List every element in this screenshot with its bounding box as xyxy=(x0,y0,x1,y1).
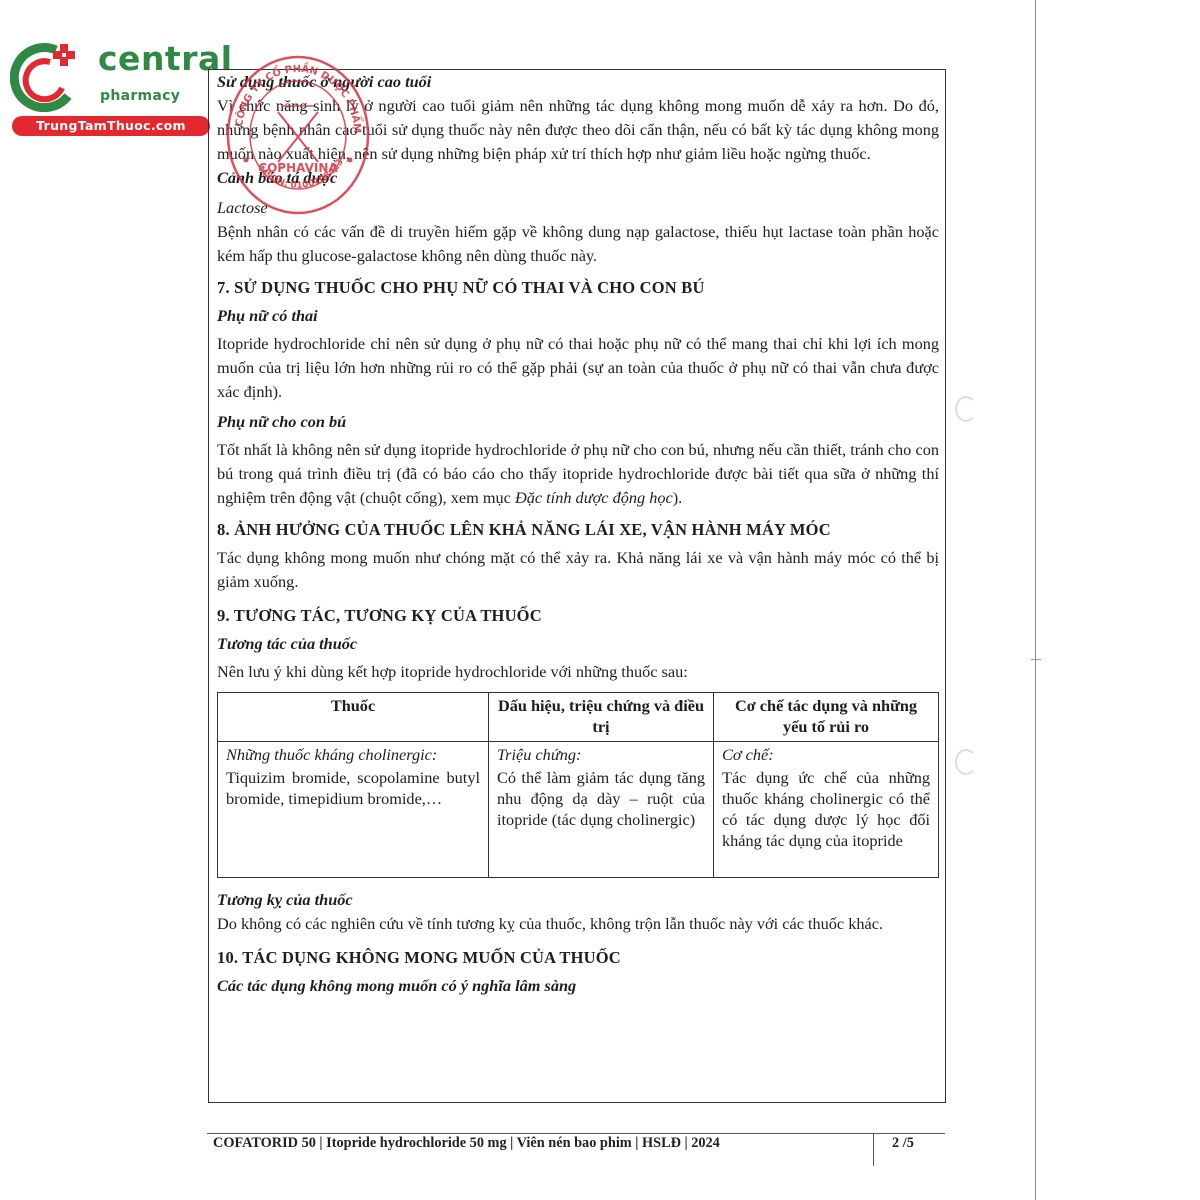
drug-cell-text: Tiquizim bromide, scopolamine butyl brom… xyxy=(226,768,480,808)
section-9-heading: 9. TƯƠNG TÁC, TƯƠNG KỴ CỦA THUỐC xyxy=(217,604,939,628)
lactation-text-end: ). xyxy=(673,488,683,507)
pregnant-title: Phụ nữ có thai xyxy=(217,304,939,328)
symptom-cell-text: Có thể làm giảm tác dụng tăng nhu động d… xyxy=(497,768,705,829)
interaction-title: Tương tác của thuốc xyxy=(217,632,939,656)
section-7-heading: 7. SỬ DỤNG THUỐC CHO PHỤ NỮ CÓ THAI VÀ C… xyxy=(217,276,939,300)
section-10-heading: 10. TÁC DỤNG KHÔNG MONG MUỐN CỦA THUỐC xyxy=(217,946,939,970)
elderly-use-title: Sử dụng thuốc ở người cao tuổi xyxy=(217,70,939,94)
punch-hole-icon xyxy=(955,396,977,422)
section-8-heading: 8. ẢNH HƯỞNG CỦA THUỐC LÊN KHẢ NĂNG LÁI … xyxy=(217,518,939,542)
excipient-warning-title: Cảnh báo tá dược xyxy=(217,166,939,190)
incompatibility-title: Tương kỵ của thuốc xyxy=(217,888,939,912)
pharmacokinetics-reference: Đặc tính dược động học xyxy=(515,488,673,507)
table-header-mechanism: Cơ chế tác dụng và những yếu tố rủi ro xyxy=(714,693,939,742)
drug-cell: Những thuốc kháng cholinergic: Tiquizim … xyxy=(218,742,489,878)
page-edge-line xyxy=(1035,0,1036,1200)
mechanism-cell-title: Cơ chế: xyxy=(722,744,930,765)
mechanism-cell-text: Tác dụng ức chế của những thuốc kháng ch… xyxy=(722,768,930,850)
punch-hole-icon xyxy=(955,749,977,775)
footer-page-separator xyxy=(873,1133,874,1166)
page-edge-tick xyxy=(1031,659,1041,660)
table-header-symptoms: Dấu hiệu, triệu chứng và điều trị xyxy=(489,693,714,742)
interaction-table: Thuốc Dấu hiệu, triệu chứng và điều trị … xyxy=(217,692,939,878)
section-10-subtitle: Các tác dụng không mong muốn có ý nghĩa … xyxy=(217,974,939,998)
logo-website-link[interactable]: TrungTamThuoc.com xyxy=(12,116,210,136)
lactose-subtitle: Lactose xyxy=(217,196,939,220)
footer-divider xyxy=(207,1133,945,1134)
logo-subtitle: pharmacy xyxy=(100,88,180,104)
document-content: Sử dụng thuốc ở người cao tuổi Vì chức n… xyxy=(217,70,939,998)
central-pharmacy-logo[interactable]: central pharmacy TrungTamThuoc.com xyxy=(10,38,215,138)
page-number: 2 /5 xyxy=(892,1135,914,1152)
lactose-text: Bệnh nhân có các vấn đề di truyền hiếm g… xyxy=(217,220,939,268)
table-row: Những thuốc kháng cholinergic: Tiquizim … xyxy=(218,742,939,878)
drug-cell-title: Những thuốc kháng cholinergic: xyxy=(226,744,480,765)
footer-product-info: COFATORID 50 | Itopride hydrochloride 50… xyxy=(213,1135,720,1152)
mechanism-cell: Cơ chế: Tác dụng ức chế của những thuốc … xyxy=(714,742,939,878)
symptom-cell-title: Triệu chứng: xyxy=(497,744,705,765)
lactation-title: Phụ nữ cho con bú xyxy=(217,410,939,434)
pharmacy-cross-logo-icon xyxy=(10,40,82,112)
symptom-cell: Triệu chứng: Có thể làm giảm tác dụng tă… xyxy=(489,742,714,878)
lactation-paragraph: Tốt nhất là không nên sử dụng itopride h… xyxy=(217,438,939,510)
table-header-drug: Thuốc xyxy=(218,693,489,742)
section-8-text: Tác dụng không mong muốn như chóng mặt c… xyxy=(217,546,939,594)
incompatibility-text: Do không có các nghiên cứu về tính tương… xyxy=(217,912,939,936)
elderly-use-text: Vì chức năng sinh lý ở người cao tuổi gi… xyxy=(217,94,939,166)
interaction-intro: Nên lưu ý khi dùng kết hợp itopride hydr… xyxy=(217,660,939,684)
pregnant-text: Itopride hydrochloride chỉ nên sử dụng ở… xyxy=(217,332,939,404)
table-header-row: Thuốc Dấu hiệu, triệu chứng và điều trị … xyxy=(218,693,939,742)
